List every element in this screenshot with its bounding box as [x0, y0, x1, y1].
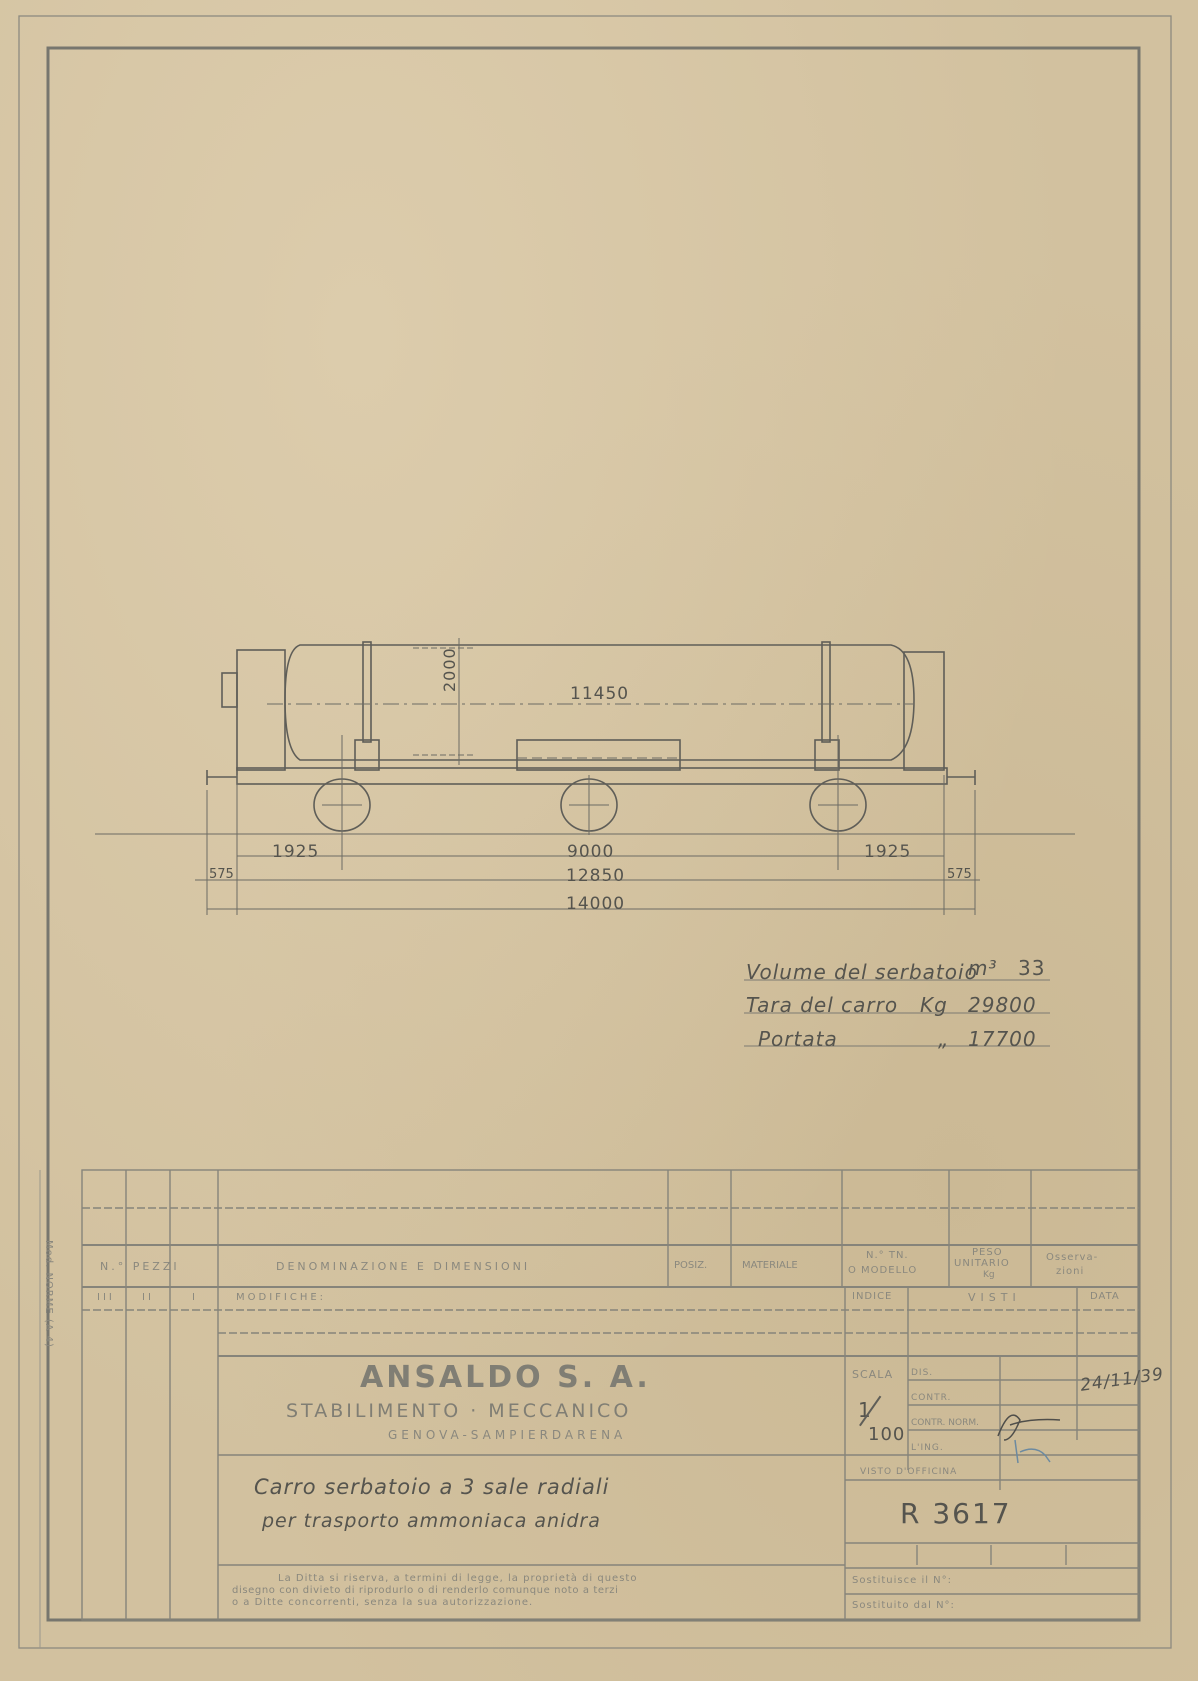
center-lines [95, 638, 1075, 870]
header-denominazione: DENOMINAZIONE E DIMENSIONI [276, 1260, 530, 1273]
note-capacity-value: 17700 [968, 1027, 1037, 1051]
signature-engineer [1015, 1440, 1050, 1463]
dim-overhang-left: 1925 [272, 842, 319, 862]
header-n-tn: N.° TN. [866, 1250, 909, 1261]
drawing-title-line1: Carro serbatoio a 3 sale radiali [254, 1475, 609, 1499]
modifiche-label: MODIFICHE: [236, 1292, 326, 1303]
note-capacity-unit: „ [938, 1027, 949, 1051]
header-peso: PESO [972, 1247, 1003, 1258]
dim-overhang-right: 1925 [864, 842, 911, 862]
note-volume-label: Volume del serbatoio [746, 960, 978, 984]
dim-frame-length: 12850 [566, 866, 625, 886]
note-tare-unit: Kg [920, 993, 948, 1017]
company-name: ANSALDO S. A. [360, 1360, 651, 1395]
note-volume-value: 33 [1018, 956, 1045, 980]
header-unitario: UNITARIO [954, 1258, 1010, 1269]
company-location: GENOVA-SAMPIERDARENA [388, 1428, 626, 1442]
company-division: STABILIMENTO · MECCANICO [286, 1400, 631, 1422]
signature-director [998, 1415, 1060, 1440]
drawing-number: R 3617 [900, 1497, 1012, 1530]
pezzi-col-1: I [192, 1292, 198, 1303]
tank-car-elevation [207, 642, 975, 831]
sostituisce-label: Sostituisce il N°: [852, 1575, 952, 1586]
signoff-contr: CONTR. [911, 1393, 951, 1403]
dim-buffer-left: 575 [209, 867, 234, 882]
data-label: DATA [1090, 1291, 1120, 1302]
form-model-label: Mod. NORME (A 4) [43, 1240, 54, 1348]
header-materiale: MATERIALE [742, 1260, 798, 1271]
disclaimer-line2: disegno con divieto di riprodurlo o di r… [232, 1585, 619, 1596]
dim-tank-length: 11450 [570, 684, 629, 704]
pezzi-col-3: III [97, 1292, 115, 1303]
dim-wheelbase: 9000 [567, 842, 614, 862]
signoff-dis: DIS. [911, 1368, 933, 1378]
disclaimer-line1: La Ditta si riserva, a termini di legge,… [278, 1573, 637, 1584]
sostituito-label: Sostituito dal N°: [852, 1600, 955, 1611]
header-posiz: POSIZ. [674, 1260, 707, 1271]
signoff-ing: L'ING. [911, 1443, 944, 1453]
title-block-grid [82, 1170, 1139, 1620]
header-kg: Kg [983, 1270, 995, 1280]
note-tare-label: Tara del carro [746, 993, 898, 1017]
disclaimer-line3: o a Ditte concorrenti, senza la sua auto… [232, 1597, 533, 1608]
signoff-contr-norm: CONTR. NORM. [911, 1418, 979, 1428]
dim-tank-diameter: 2000 [440, 647, 459, 692]
note-volume-unit: m³ [968, 956, 998, 980]
dim-total-length: 14000 [566, 894, 625, 914]
scale-label: SCALA [852, 1368, 893, 1381]
drawing-title-line2: per trasporto ammoniaca anidra [262, 1510, 601, 1532]
pezzi-col-2: II [142, 1292, 154, 1303]
note-tare-value: 29800 [968, 993, 1037, 1017]
dim-buffer-right: 575 [947, 867, 972, 882]
header-n-pezzi: N.° PEZZI [100, 1260, 180, 1273]
visti-label: VISTI [968, 1291, 1021, 1304]
header-zioni: zioni [1056, 1266, 1084, 1277]
header-modello: O MODELLO [848, 1265, 917, 1276]
visto-officina-label: VISTO D'OFFICINA [860, 1467, 957, 1477]
scale-denominator: 100 [868, 1424, 905, 1445]
note-capacity-label: Portata [758, 1027, 838, 1051]
header-osserva: Osserva- [1046, 1252, 1098, 1263]
indice-label: INDICE [852, 1291, 892, 1302]
